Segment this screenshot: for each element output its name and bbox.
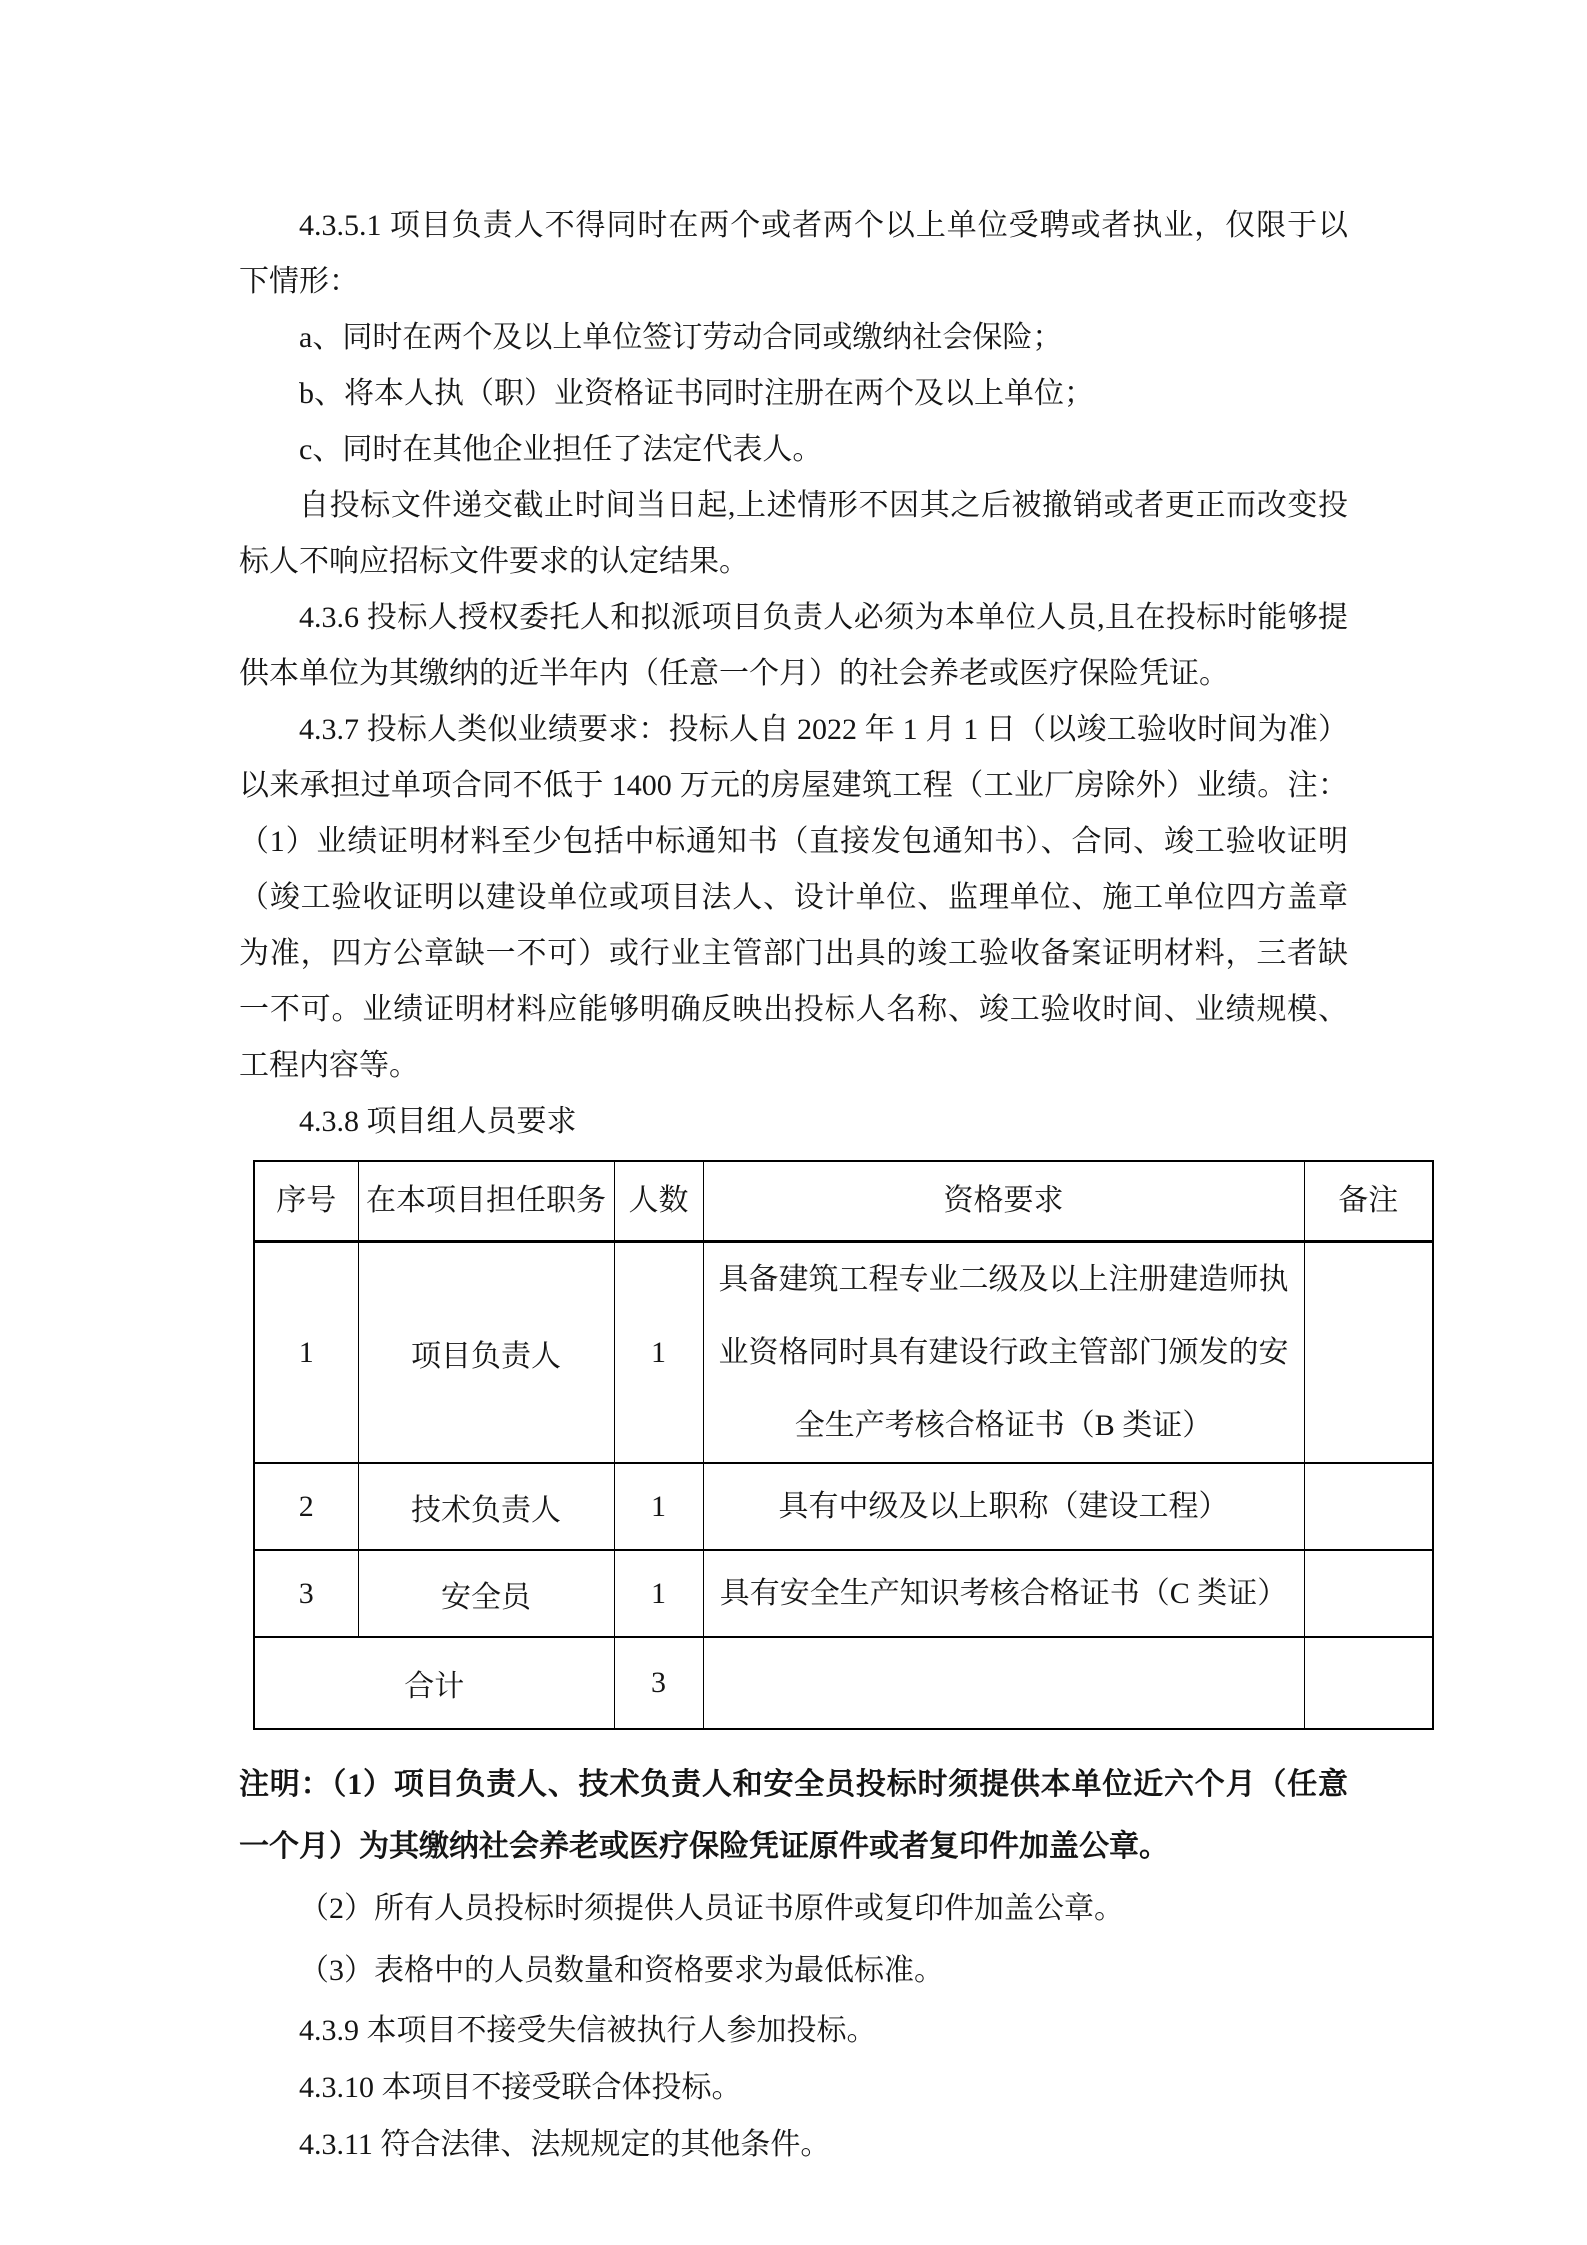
cell-qualification: 具有安全生产知识考核合格证书（C 类证）: [703, 1550, 1304, 1637]
header-cell-qualification: 资格要求: [703, 1161, 1304, 1242]
cell-no: 1: [254, 1242, 358, 1464]
table-row: 2 技术负责人 1 具有中级及以上职称（建设工程）: [254, 1463, 1433, 1550]
paragraph-4-3-5-1: 4.3.5.1 项目负责人不得同时在两个或者两个以上单位受聘或者执业，仅限于以下…: [239, 198, 1348, 310]
paragraph-4-3-11: 4.3.11 符合法律、法规规定的其他条件。: [239, 2116, 1348, 2173]
cell-no: 3: [254, 1550, 358, 1637]
cell-count: 1: [614, 1550, 703, 1637]
cell-remark: [1304, 1242, 1433, 1464]
paragraph-effect-statement: 自投标文件递交截止时间当日起,上述情形不因其之后被撤销或者更正而改变投标人不响应…: [239, 478, 1348, 590]
cell-total-count: 3: [614, 1637, 703, 1729]
cell-remark: [1304, 1550, 1433, 1637]
note-bold-1: 注明：（1）项目负责人、技术负责人和安全员投标时须提供本单位近六个月（任意一个月…: [239, 1754, 1348, 1878]
list-item-c: c、同时在其他企业担任了法定代表人。: [239, 422, 1348, 478]
personnel-table-wrap: 序号 在本项目担任职务 人数 资格要求 备注 1 项目负责人 1 具备建筑工程专…: [253, 1160, 1432, 1730]
table-header-row: 序号 在本项目担任职务 人数 资格要求 备注: [254, 1161, 1433, 1242]
paragraph-4-3-6: 4.3.6 投标人授权委托人和拟派项目负责人必须为本单位人员,且在投标时能够提供…: [239, 590, 1348, 702]
paragraph-4-3-7: 4.3.7 投标人类似业绩要求：投标人自 2022 年 1 月 1 日（以竣工验…: [239, 702, 1348, 1094]
cell-total-remark: [1304, 1637, 1433, 1729]
cell-qualification: 具有中级及以上职称（建设工程）: [703, 1463, 1304, 1550]
note-2: （2）所有人员投标时须提供人员证书原件或复印件加盖公章。: [239, 1878, 1348, 1940]
cell-count: 1: [614, 1242, 703, 1464]
cell-remark: [1304, 1463, 1433, 1550]
paragraph-4-3-10: 4.3.10 本项目不接受联合体投标。: [239, 2059, 1348, 2116]
cell-total-qualification: [703, 1637, 1304, 1729]
note-3: （3）表格中的人员数量和资格要求为最低标准。: [239, 1940, 1348, 2002]
document-page: 4.3.5.1 项目负责人不得同时在两个或者两个以上单位受聘或者执业，仅限于以下…: [0, 0, 1587, 2245]
cell-total-label: 合计: [254, 1637, 614, 1729]
cell-qualification: 具备建筑工程专业二级及以上注册建造师执业资格同时具有建设行政主管部门颁发的安全生…: [703, 1242, 1304, 1464]
cell-role: 安全员: [358, 1550, 614, 1637]
cell-role: 项目负责人: [358, 1242, 614, 1464]
header-cell-role: 在本项目担任职务: [358, 1161, 614, 1242]
header-cell-count: 人数: [614, 1161, 703, 1242]
cell-no: 2: [254, 1463, 358, 1550]
table-row: 1 项目负责人 1 具备建筑工程专业二级及以上注册建造师执业资格同时具有建设行政…: [254, 1242, 1433, 1464]
table-row: 3 安全员 1 具有安全生产知识考核合格证书（C 类证）: [254, 1550, 1433, 1637]
table-total-row: 合计 3: [254, 1637, 1433, 1729]
paragraph-4-3-9: 4.3.9 本项目不接受失信被执行人参加投标。: [239, 2002, 1348, 2059]
header-cell-no: 序号: [254, 1161, 358, 1242]
list-item-a: a、同时在两个及以上单位签订劳动合同或缴纳社会保险；: [239, 310, 1348, 366]
personnel-requirements-table: 序号 在本项目担任职务 人数 资格要求 备注 1 项目负责人 1 具备建筑工程专…: [253, 1160, 1434, 1730]
heading-4-3-8: 4.3.8 项目组人员要求: [239, 1094, 1348, 1150]
list-item-b: b、将本人执（职）业资格证书同时注册在两个及以上单位；: [239, 366, 1348, 422]
cell-count: 1: [614, 1463, 703, 1550]
header-cell-remark: 备注: [1304, 1161, 1433, 1242]
cell-role: 技术负责人: [358, 1463, 614, 1550]
